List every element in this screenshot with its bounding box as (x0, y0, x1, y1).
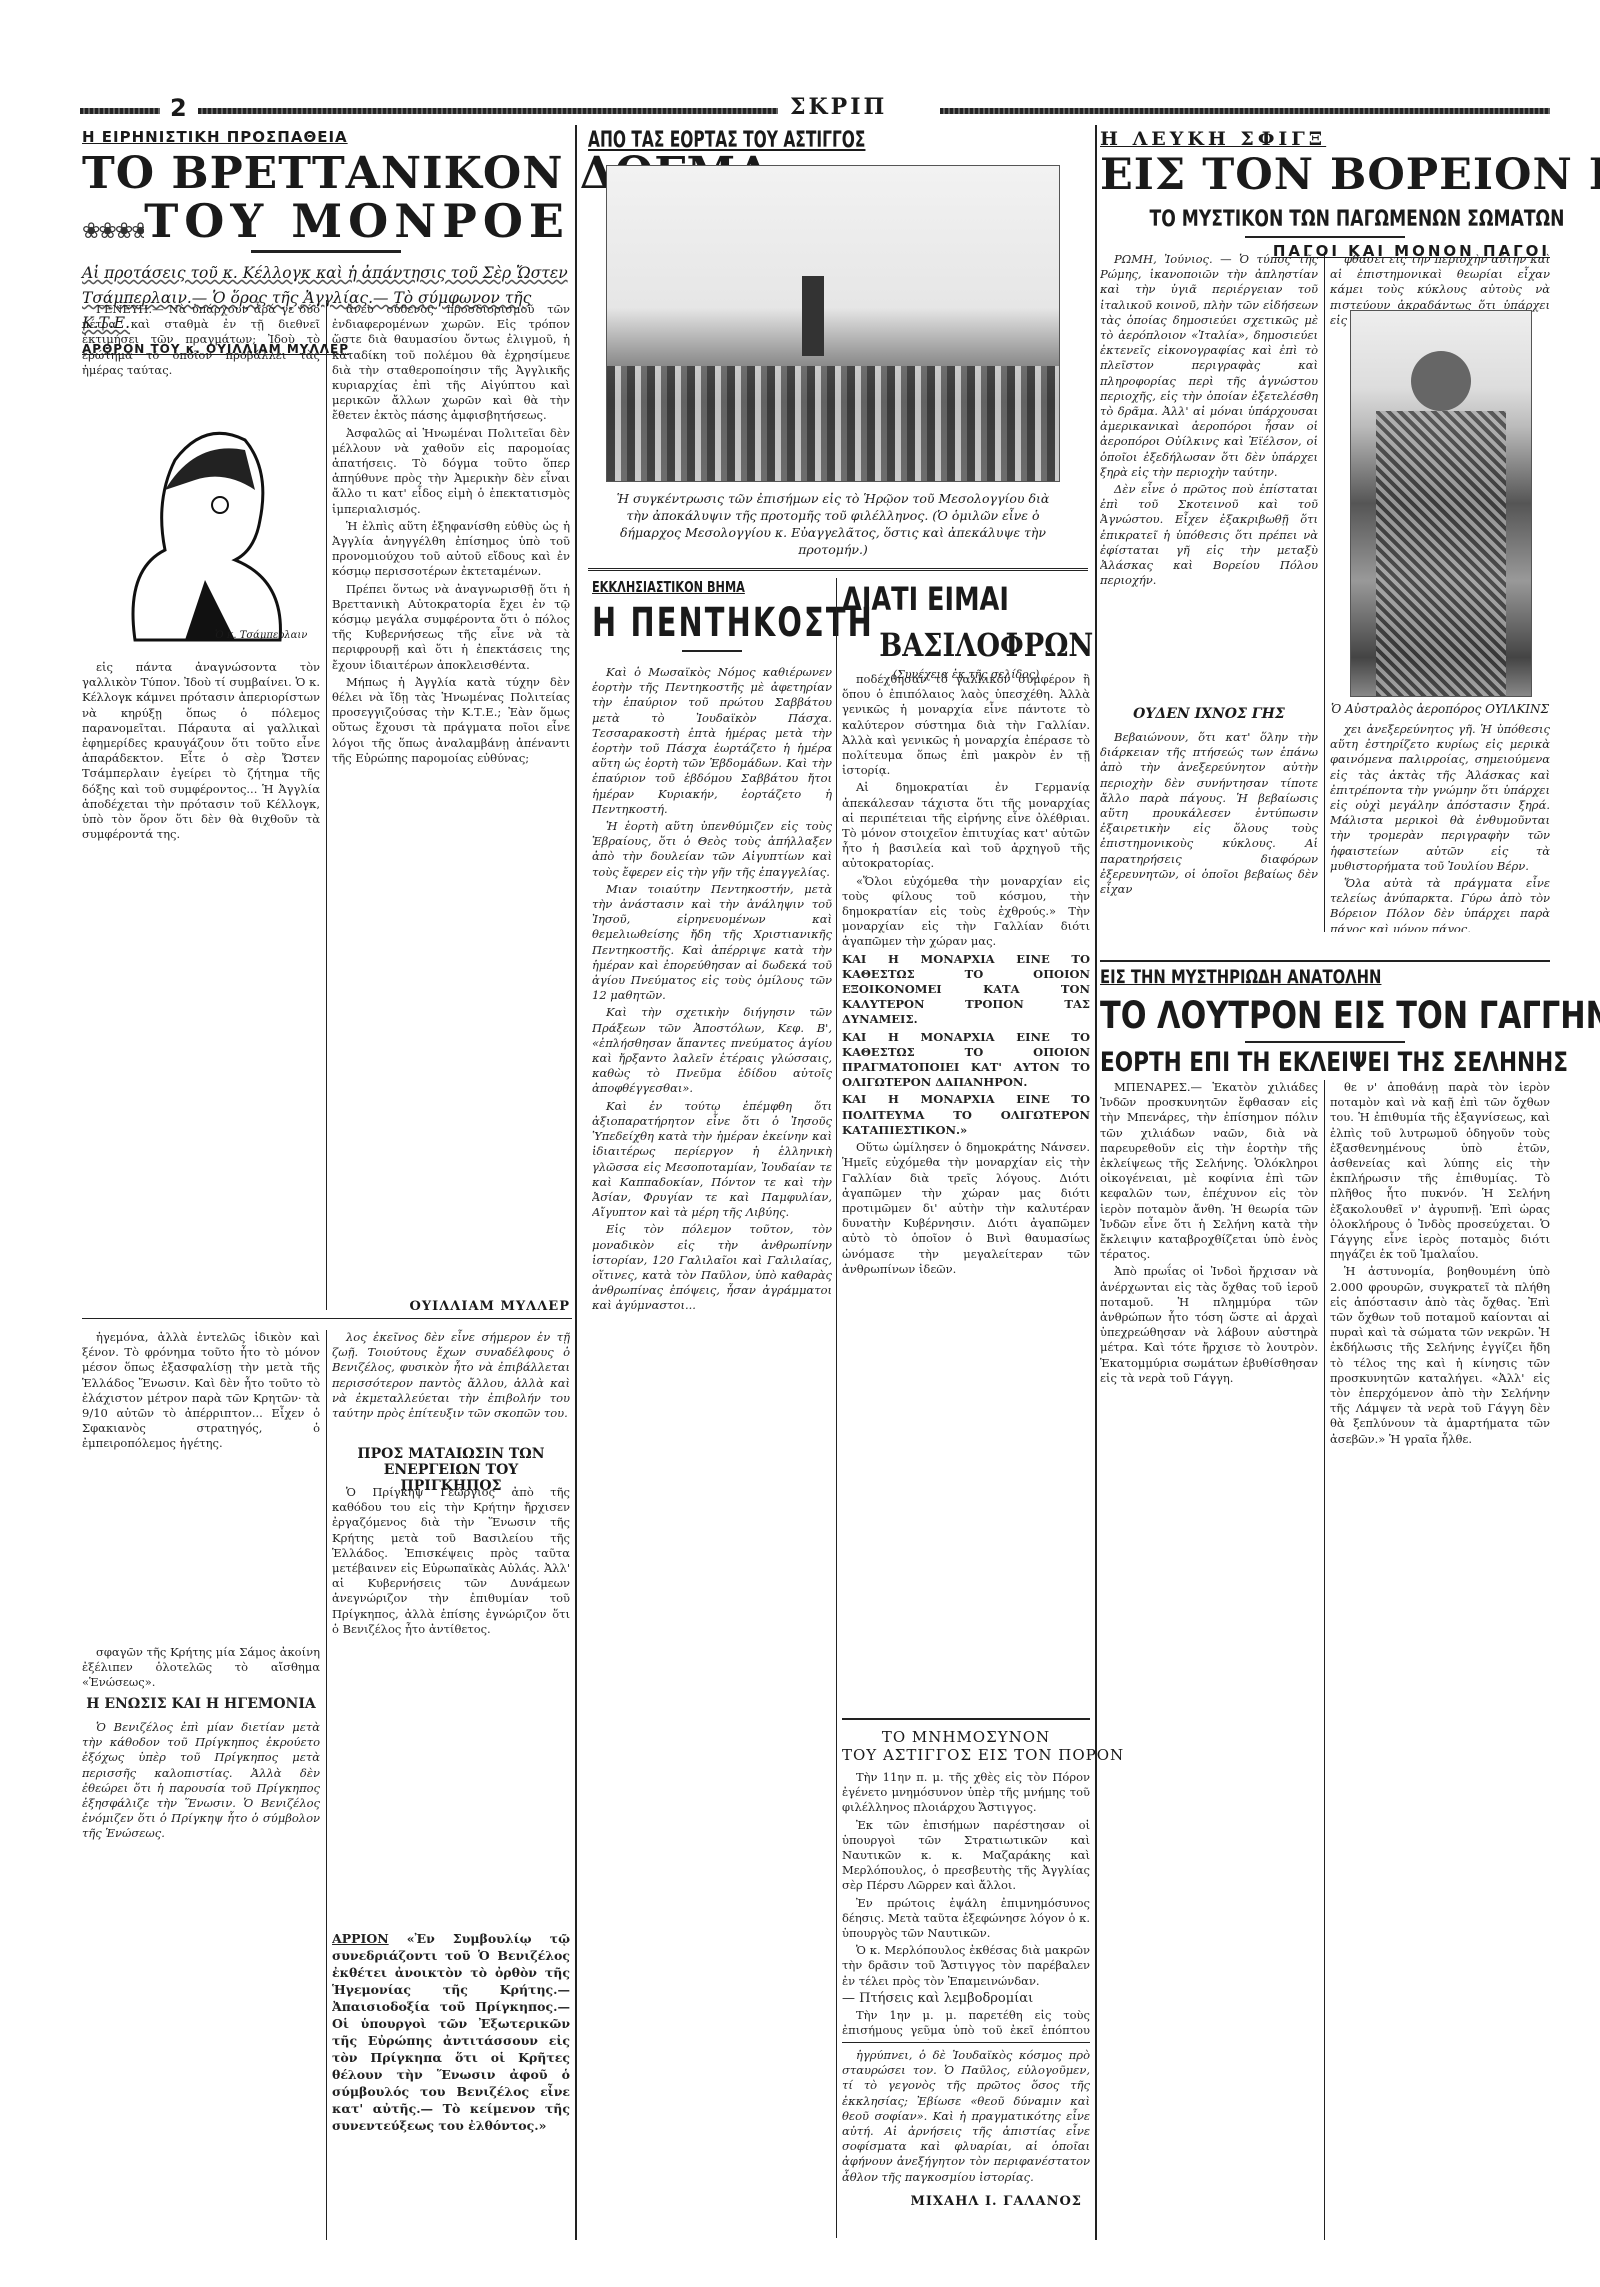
northpole-col2b: χει ἀνεξερεύνητος γῆ. Ἡ ὑπόθεσις αὕτη ἐσ… (1330, 722, 1550, 932)
portrait-caption: Ὁ κ. Τσάμπερλαιν (215, 630, 307, 641)
caps-paragraph: ΚΑΙ Η ΜΟΝΑΡΧΙΑ ΕΙΝΕ ΤΟ ΚΑΘΕΣΤΩΣ ΤΟ ΟΠΟΙΟ… (842, 1030, 1090, 1091)
article-northpole: Η ΛΕΥΚΗ ΣΦΙΓΞ ΕΙΣ ΤΟΝ ΒΟΡΕΙΟΝ ΠΟΛΟΝ ΤΟ Μ… (1100, 128, 1550, 260)
column-rule (836, 578, 837, 2238)
paragraph: Καὶ ἐν τούτῳ ἐπέμφθη ὅτι ἀξιοπαρατήρητον… (592, 1099, 832, 1221)
divider (842, 2042, 1090, 2043)
paragraph: Μήπως ἡ Ἀγγλία κατὰ τύχην δὲν θέλει νὰ ἴ… (332, 675, 570, 766)
paragraph: Οὕτω ὡμίλησεν ὁ δημοκράτης Νάνσεν. Ἡμεῖς… (842, 1140, 1090, 1277)
paragraph: ΓΕΝΕΥΗ.— Νὰ ὑπάρχουν ἆρά γε δύο μέτρα κα… (82, 302, 320, 378)
paragraph: ΜΠΕΝΑΡΕΣ.— Ἑκατὸν χιλιάδες Ἰνδῶν προσκυν… (1100, 1080, 1318, 1262)
paragraph: χει ἀνεξερεύνητος γῆ. Ἡ ὑπόθεσις αὕτη ἐσ… (1330, 722, 1550, 874)
paragraph: ἡγεμόνα, ἀλλὰ ἐντελῶς ἰδικὸν καὶ ξένον. … (82, 1330, 320, 1452)
column-rule (1095, 125, 1097, 2240)
paragraph: Ὁ κ. Μερλόπουλος ἐκθέσας διὰ μακρῶν τὴν … (842, 1943, 1090, 1989)
kicker: ΕΙΣ ΤΗΝ ΜΥΣΤΗΡΙΩΔΗ ΑΝΑΤΟΛΗΝ (1100, 966, 1451, 988)
kicker: ΑΠΟ ΤΑΣ ΕΟΡΤΑΣ ΤΟΥ ΑΣΤΙΓΓΟΣ (588, 128, 978, 153)
headline-line2: ΤΟΥ ΜΟΝΡΟΕ (144, 198, 570, 244)
divider (251, 250, 401, 253)
paragraph: Δὲν εἶνε ὁ πρῶτος ποὺ ἐπίσταται ἐπὶ τοῦ … (1100, 482, 1318, 588)
subtitle: ΤΟ ΜΥΣΤΙΚΟΝ ΤΩΝ ΠΑΓΩΜΕΝΩΝ ΣΩΜΑΤΩΝ (1150, 207, 1501, 232)
divider (1245, 1041, 1405, 1043)
signature: ΜΙΧΑΗΛ Ι. ΓΑΛΑΝΟΣ (842, 2194, 1082, 2209)
feast-caption: Ἡ συγκέντρωσις τῶν ἐπισήμων εἰς τὸ Ἡρῷον… (608, 490, 1058, 558)
paragraph: Ἡ ἑορτὴ αὕτη ὑπενθύμιζεν εἰς τοὺς Ἑβραίο… (592, 819, 832, 880)
paragraph: Ἀπὸ πρωΐας οἱ Ἰνδοὶ ἤρχισαν νὰ ἀνέρχωντα… (1100, 1264, 1318, 1386)
article-ganges: ΕΙΣ ΤΗΝ ΜΥΣΤΗΡΙΩΔΗ ΑΝΑΤΟΛΗΝ ΤΟ ΛΟΥΤΡΟΝ Ε… (1100, 966, 1550, 1078)
divider (82, 1318, 572, 1319)
pentecost-tail: ἠγρύπνει, ὁ δὲ Ἰουδαϊκὸς κόσμος πρὸ σταυ… (842, 2048, 1090, 2198)
paragraph: Ὁ Πρίγκηψ Γεώργιος ἀπὸ τῆς καθόδου του ε… (332, 1485, 570, 1637)
paragraph: Αἱ δημοκρατίαι ἐν Γερμανίᾳ ἀπεκάλεσαν τά… (842, 780, 1090, 871)
paragraph: ποδέχθησαν τὸ γαλλικὸν συμφέρον ἢ ὅπου ὁ… (842, 672, 1090, 778)
column-rule (326, 1330, 327, 2240)
feast-photo (606, 165, 1060, 482)
portrait-illustration (95, 380, 310, 648)
photo-caption: Ὁ Αὐστραλὸς ἀεροπόρος ΟΥΙΛΚΙΝΣ (1330, 702, 1550, 716)
crete-col2a: λος ἐκεῖνος δὲν εἶνε σήμερον ἐν τῇ ζωῇ. … (332, 1330, 570, 1423)
article-feast: ΑΠΟ ΤΑΣ ΕΟΡΤΑΣ ΤΟΥ ΑΣΤΙΓΓΟΣ (588, 128, 1088, 153)
label: ΑΡΡΙΟΝ (332, 1931, 389, 1946)
masthead-rule-mid (198, 108, 778, 114)
divider (588, 568, 1088, 572)
crete-col1b: Ὁ Βενιζέλος ἐπὶ μίαν διετίαν μετὰ τὴν κά… (82, 1720, 320, 2240)
headline: Η ΠΕΝΤΗΚΟΣΤΗ (592, 600, 765, 646)
crete-quote: σφαγῶν τῆς Κρήτης μία Σάμος ἀκοίνη ἐξέλι… (82, 1645, 320, 1718)
paragraph: εἰς πάντα ἀναγνώσοντα τὸν γαλλικὸν Τύπον… (82, 660, 320, 842)
statue (802, 276, 824, 356)
paragraph: Πρέπει ὅντως νὰ ἀναγνωρισθῇ ὅτι ἡ Βρεττα… (332, 582, 570, 673)
northpole-col1: ΡΩΜΗ, Ἰούνιος. — Ὁ τύπος τῆς Ρώμης, ἱκαν… (1100, 252, 1318, 697)
paragraph: Τὴν 1ην μ. μ. παρετέθη εἰς τοὺς ἐπισήμου… (842, 2008, 1090, 2040)
headline-line1: ΤΟ ΒΡΕΤΤΑΝΙΚΟΝ ΔΟΓΜΑ (82, 152, 570, 196)
kicker: ΕΚΚΛΗΣΙΑΣΤΙΚΟΝ ΒΗΜΑ (592, 578, 772, 596)
paragraph: «Ὅλοι εὐχόμεθα τὴν μοναρχίαν εἰς τοὺς φί… (842, 874, 1090, 950)
page-number: 2 (170, 94, 187, 122)
paragraph: Εἰς τὸν πόλεμον τοῦτον, τὸν μοναδικὸν εἰ… (592, 1222, 832, 1313)
kicker: Η ΕΙΡΗΝΙΣΤΙΚΗ ΠΡΟΣΠΑΘΕΙΑ (82, 128, 570, 146)
masthead-rule-left (80, 108, 160, 114)
paragraph: ΡΩΜΗ, Ἰούνιος. — Ὁ τύπος τῆς Ρώμης, ἱκαν… (1100, 252, 1318, 480)
kicker: Η ΛΕΥΚΗ ΣΦΙΓΞ (1100, 128, 1550, 150)
crete-col2b: Ὁ Πρίγκηψ Γεώργιος ἀπὸ τῆς καθόδου του ε… (332, 1485, 570, 1925)
headline-line1: ΔΙΑΤΙ ΕΙΜΑΙ (842, 580, 1040, 618)
ornament-border: ❀❀❀❀❀❀❀❀❀❀❀❀ (82, 219, 144, 244)
paragraph: Ἀσφαλῶς αἱ Ἡνωμέναι Πολιτεῖαι δὲν μέλλου… (332, 426, 570, 517)
northpole-col1b: Βεβαιώνουν, ὅτι κατ' ὅλην τὴν διάρκειαν … (1100, 730, 1318, 930)
divider (1100, 960, 1550, 962)
monroe-col1: εἰς πάντα ἀναγνώσοντα τὸν γαλλικὸν Τύπον… (82, 660, 320, 1260)
paragraph: Ἡ ἐλπὶς αὕτη ἐξηφανίσθη εὐθὺς ὡς ἡ Ἀγγλί… (332, 519, 570, 580)
subtitle: ΕΟΡΤΗ ΕΠΙ ΤΗ ΕΚΛΕΙΨΕΙ ΤΗΣ ΣΕΛΗΝΗΣ (1100, 1047, 1460, 1078)
memorial-body: Τὴν 11ην π. μ. τῆς χθὲς εἰς τὸν Πόρον ἐγ… (842, 1770, 1090, 2040)
paragraph: Τὴν 11ην π. μ. τῆς χθὲς εἰς τὸν Πόρον ἐγ… (842, 1770, 1090, 1816)
divider (1245, 236, 1405, 238)
monroe-col2: ἄνευ οὐδενὸς προσδιορισμοῦ τῶν ἐνδιαφερο… (332, 302, 570, 1262)
column-rule (1324, 252, 1325, 932)
paragraph: σφαγῶν τῆς Κρήτης μία Σάμος ἀκοίνη ἐξέλι… (82, 1645, 320, 1691)
column-rule (326, 300, 327, 1310)
divider (682, 650, 742, 652)
paragraph: ἠγρύπνει, ὁ δὲ Ἰουδαϊκὸς κόσμος πρὸ σταυ… (842, 2048, 1090, 2185)
article-pentecost: ΕΚΚΛΗΣΙΑΣΤΙΚΟΝ ΒΗΜΑ Η ΠΕΝΤΗΚΟΣΤΗ (592, 578, 832, 656)
pentecost-body: Καὶ ὁ Μωσαϊκὸς Νόμος καθιέρωνεν ἑορτὴν τ… (592, 665, 832, 2235)
signature: ΟΥΙΛΛΙΑΜ ΜΥΛΛΕΡ (332, 1299, 570, 1314)
article-royalist: ΔΙΑΤΙ ΕΙΜΑΙ ΒΑΣΙΛΟΦΡΩΝ (Συνέχεια ἐκ τῆς … (842, 580, 1090, 681)
caps-paragraph: ΚΑΙ Η ΜΟΝΑΡΧΙΑ ΕΙΝΕ ΤΟ ΠΟΛΙΤΕΥΜΑ ΤΟ ΟΛΙΓ… (842, 1092, 1090, 1138)
masthead: 2 ΣΚΡΙΠ (80, 102, 1550, 120)
paper-name: ΣΚΡΙΠ (780, 94, 897, 120)
subhead: Η ΕΝΩΣΙΣ ΚΑΙ Η ΗΓΕΜΟΝΙΑ (82, 1697, 320, 1712)
paragraph: Ὅλα αὐτὰ τὰ πράγματα εἶνε τελείως ἀνύπαρ… (1330, 876, 1550, 932)
figure-head (1411, 351, 1471, 411)
paragraph: Ἐκ τῶν ἐπισήμων παρέστησαν οἱ ὑπουργοὶ τ… (842, 1818, 1090, 1894)
headline-line2: ΒΑΣΙΛΟΦΡΩΝ (879, 626, 1090, 664)
article-memorial: ΤΟ ΜΝΗΜΟΣΥΝΟΝ ΤΟΥ ΑΣΤΙΓΓΟΣ ΕΙΣ ΤΟΝ ΠΟΡΟΝ (842, 1728, 1090, 1764)
crowd (607, 366, 1059, 481)
figure-coat (1376, 411, 1506, 696)
royalist-body: ποδέχθησαν τὸ γαλλικὸν συμφέρον ἢ ὅπου ὁ… (842, 672, 1090, 1552)
ganges-col2: θε ν' ἀποθάνῃ παρὰ τὸν ἱερὸν ποταμὸν καὶ… (1330, 1080, 1550, 2240)
crete-col2c: ΑΡΡΙΟΝ «Ἐν Συμβουλίῳ τῷ συνεδριάζοντι το… (332, 1930, 570, 2230)
crete-col1: ἡγεμόνα, ἀλλὰ ἐντελῶς ἰδικὸν καὶ ξένον. … (82, 1330, 320, 1640)
headline: ΤΟ ΛΟΥΤΡΟΝ ΕΙΣ ΤΟΝ ΓΑΓΓΗΝ (1100, 994, 1469, 1037)
divider (842, 1718, 1090, 1720)
portrait-chamberlain: Ὁ κ. Τσάμπερλαιν (95, 380, 310, 648)
paragraph: λος ἐκεῖνος δὲν εἶνε σήμερον ἐν τῇ ζωῇ. … (332, 1330, 570, 1421)
subhead: ΟΥΔΕΝ ΙΧΝΟΣ ΓΗΣ (1100, 706, 1318, 722)
headline-line1: ΤΟ ΜΝΗΜΟΣΥΝΟΝ (842, 1728, 1090, 1746)
monroe-lead: ΓΕΝΕΥΗ.— Νὰ ὑπάρχουν ἆρά γε δύο μέτρα κα… (82, 302, 320, 380)
column-rule (1324, 1080, 1325, 2240)
paragraph: Καὶ ὁ Μωσαϊκὸς Νόμος καθιέρωνεν ἑορτὴν τ… (592, 665, 832, 817)
paragraph: Μιαν τοιαύτην Πεντηκοστήν, μετὰ τὴν ἀνάσ… (592, 882, 832, 1004)
column-rule (575, 125, 577, 2240)
paragraph: ἄνευ οὐδενὸς προσδιορισμοῦ τῶν ἐνδιαφερο… (332, 302, 570, 424)
paragraph: Ἐν πρώτοις ἐψάλη ἐπιμνημόσυνος δέησις. Μ… (842, 1896, 1090, 1942)
paragraph: θε ν' ἀποθάνῃ παρὰ τὸν ἱερὸν ποταμὸν καὶ… (1330, 1080, 1550, 1262)
paragraph: Ἡ ἀστυνομία, βοηθουμένη ὑπὸ 2.000 φρουρῶ… (1330, 1264, 1550, 1446)
masthead-rule-right (940, 108, 1550, 114)
paragraph: «Ἐν Συμβουλίῳ τῷ συνεδριάζοντι τοῦ Ὁ Βεν… (332, 1931, 570, 2133)
subhead: — Πτήσεις καὶ λεμβοδρομίαι (842, 1991, 1090, 2006)
paragraph: Βεβαιώνουν, ὅτι κατ' ὅλην τὴν διάρκειαν … (1100, 730, 1318, 897)
caps-paragraph: ΚΑΙ Η ΜΟΝΑΡΧΙΑ ΕΙΝΕ ΤΟ ΚΑΘΕΣΤΩΣ ΤΟ ΟΠΟΙΟ… (842, 952, 1090, 1028)
headline-line2: ΤΟΥ ΑΣΤΙΓΓΟΣ ΕΙΣ ΤΟΝ ΠΟΡΟΝ (842, 1746, 1090, 1764)
headline: ΕΙΣ ΤΟΝ ΒΟΡΕΙΟΝ ΠΟΛΟΝ (1100, 154, 1550, 197)
ganges-col1: ΜΠΕΝΑΡΕΣ.— Ἑκατὸν χιλιάδες Ἰνδῶν προσκυν… (1100, 1080, 1318, 2240)
paragraph: Καὶ τὴν σχετικὴν διήγησιν τῶν Πράξεων τῶ… (592, 1005, 832, 1096)
wilkins-photo (1350, 310, 1532, 697)
paragraph: Ὁ Βενιζέλος ἐπὶ μίαν διετίαν μετὰ τὴν κά… (82, 1720, 320, 1842)
